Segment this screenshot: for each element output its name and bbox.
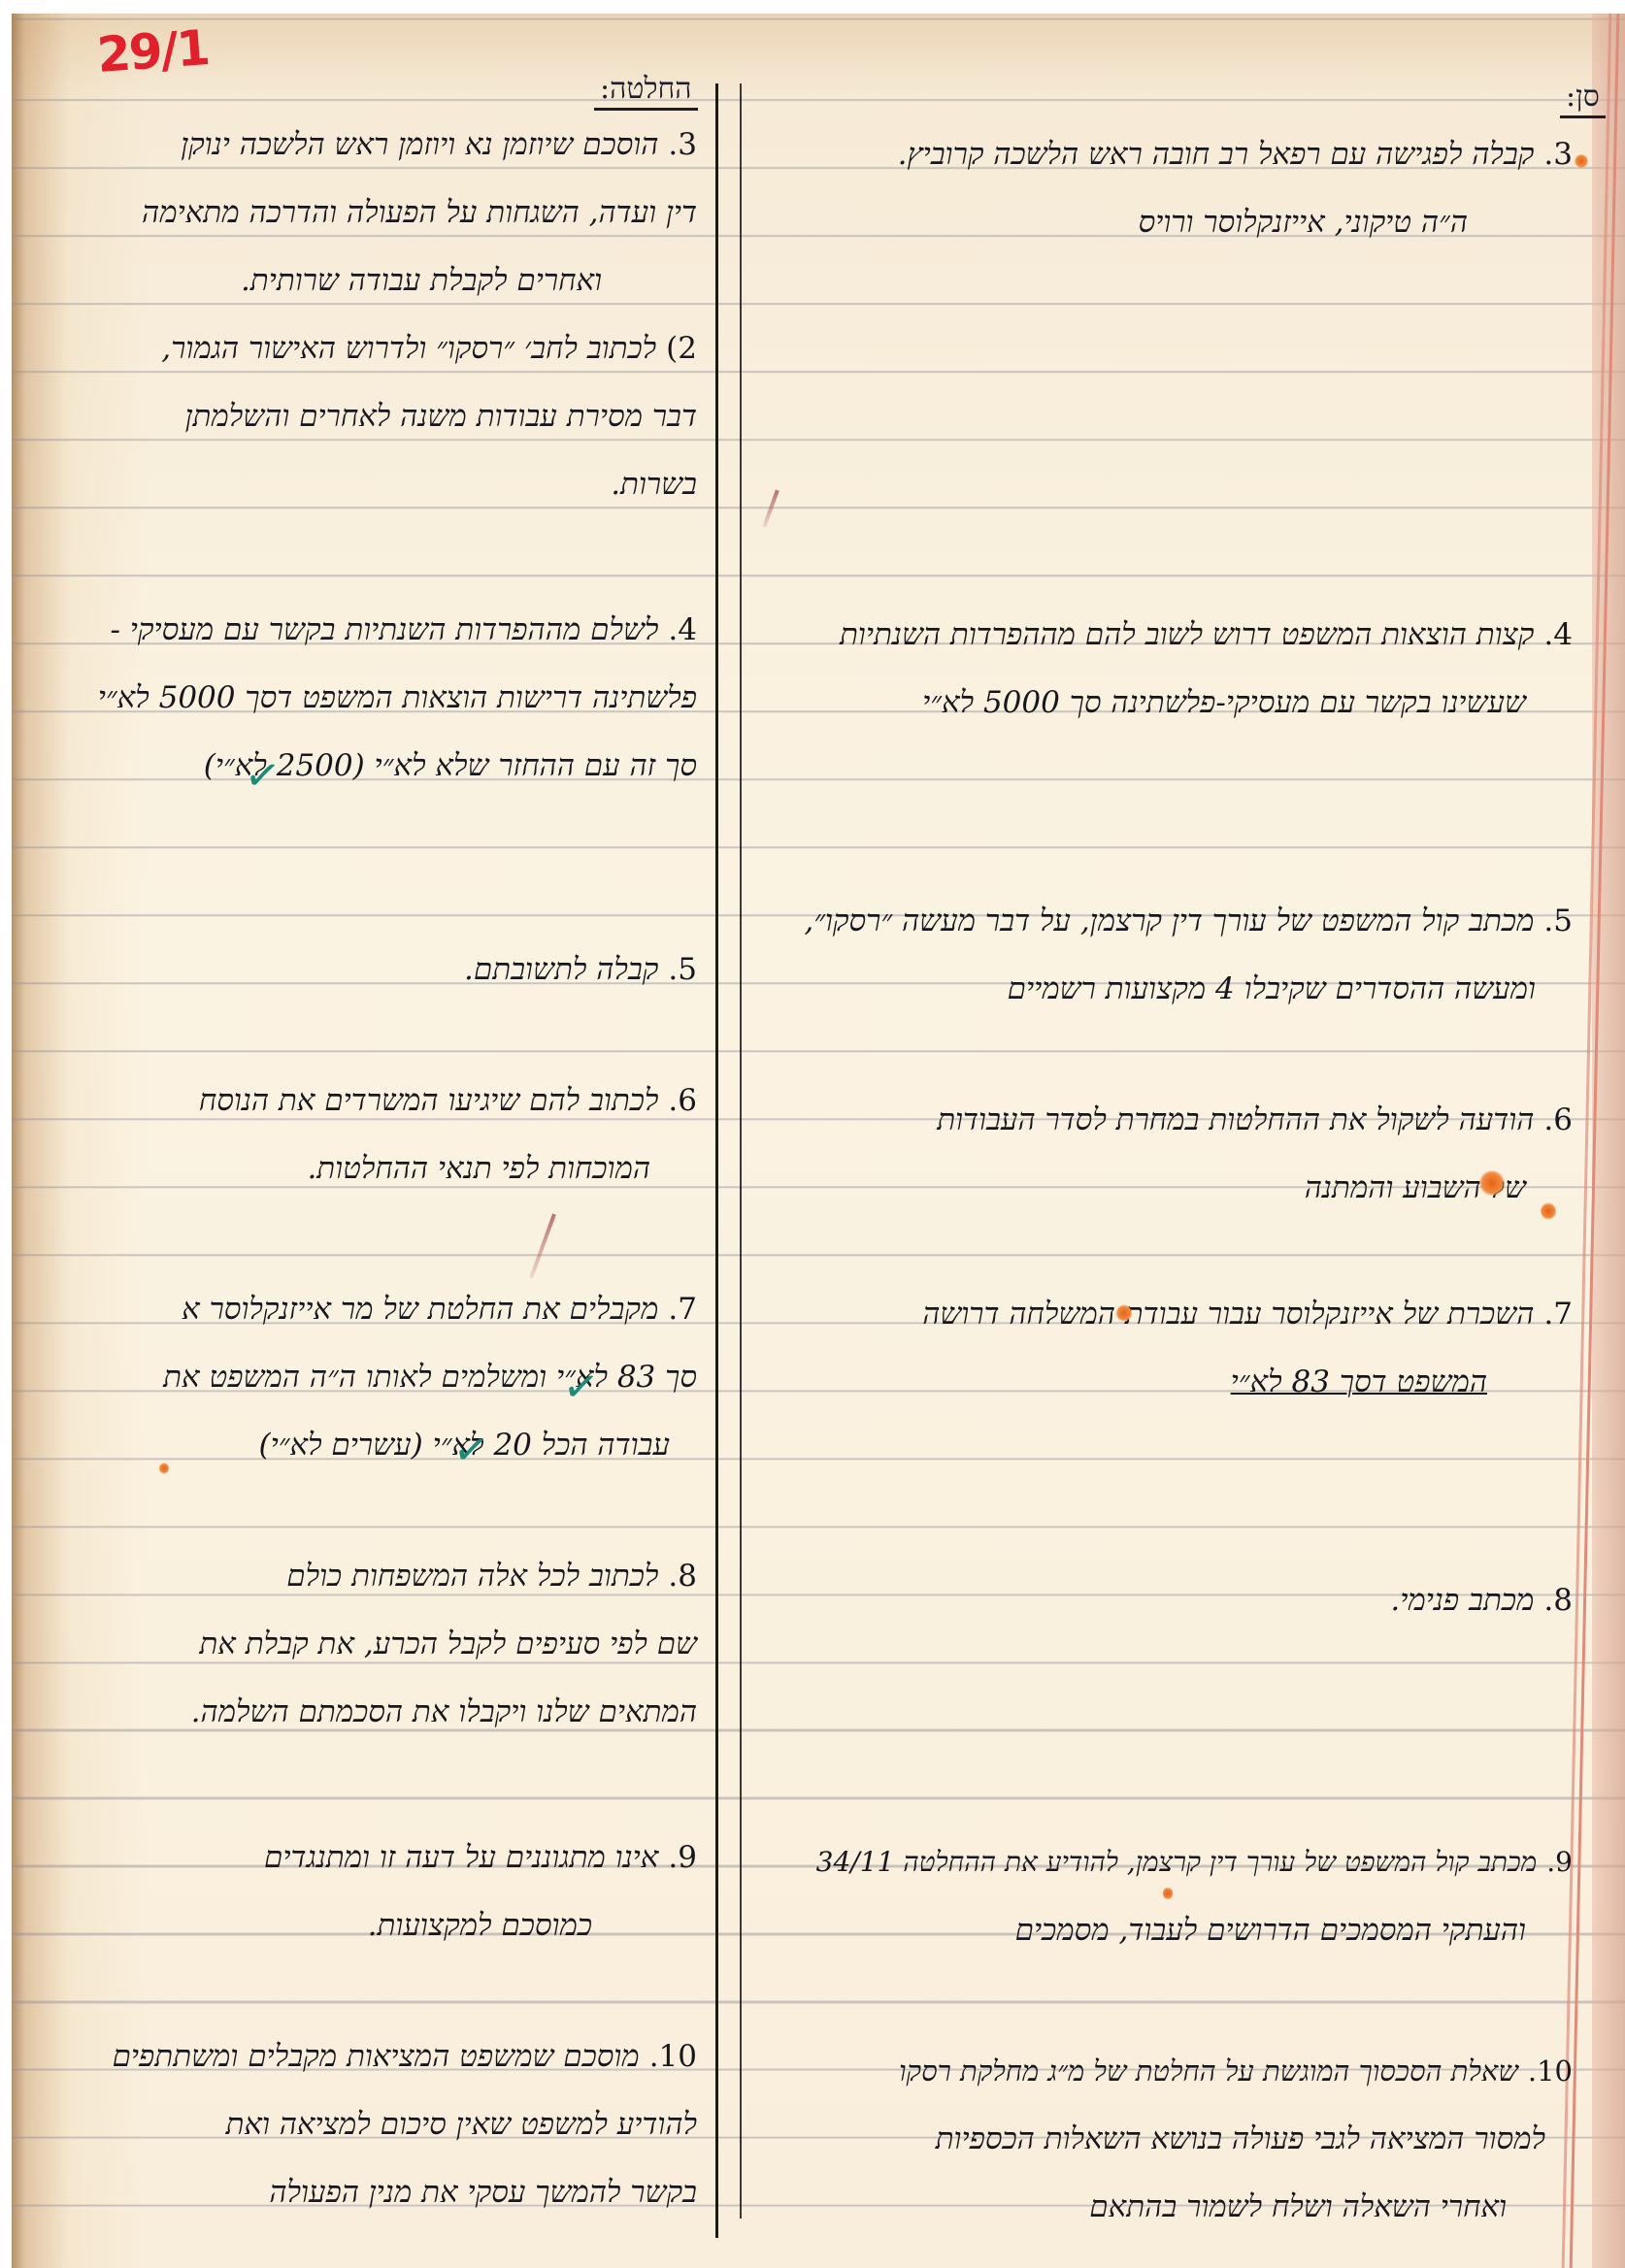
column-divider [715, 83, 718, 2238]
topic-entry-6: 6.הודעה לשקול את ההחלטות במחרת לסדר העבו… [749, 1086, 1584, 1222]
topic-entry-4: 4.קצות הוצאות המשפט דרוש לשוב להם מההפרד… [749, 601, 1584, 737]
topic-entry-5: 5.מכתב קול המשפט של עורך דין קרצמן, על ד… [749, 887, 1584, 1023]
ink-stain [1575, 154, 1588, 168]
decision-entry-4: 4.לשלם מההפרדות השנתיות בקשר עם מעסיקי -… [60, 596, 709, 800]
notebook-page: 29/1 החלטה: סן: 3.קבלה לפגישה עם רפאל רב… [12, 14, 1625, 2268]
decision-entry-5: 5.קבלה לתשובתם. [60, 936, 709, 1003]
decision-entry-8: 8.לכתוב לכל אלה המשפחות כולם שם לפי סעיפ… [60, 1542, 709, 1746]
decision-column-header: החלטה: [594, 72, 698, 111]
page-number: 29/1 [95, 19, 210, 83]
ink-stain [1116, 1304, 1132, 1322]
page-right-edge [1592, 14, 1625, 2268]
check-mark-icon: ✓ [560, 1361, 603, 1415]
ink-stain [159, 1463, 169, 1474]
ink-stain [1163, 1887, 1173, 1900]
topic-entry-8: 8.מכתב פנימי. [749, 1566, 1584, 1634]
ink-stain [1479, 1170, 1505, 1196]
ink-stain [1541, 1202, 1556, 1220]
topic-column-header: סן: [1560, 80, 1606, 118]
topic-entry-7: 7.השכרת של אייזנקלוסר עבור עבודת המשלחה … [749, 1280, 1584, 1416]
decision-entry-9: 9.אינו מתגוננים על דעה זו ומתנגדים כמוסכ… [60, 1824, 709, 1959]
decision-entry-7: 7.מקבלים את החלטת של מר אייזנקלוסר א סך … [60, 1275, 709, 1479]
topic-entry-3: 3.קבלה לפגישה עם רפאל רב חובה ראש הלשכה … [749, 120, 1584, 256]
topic-entry-10: 10.שאלת הסכסוך המוגשת על החלטת של מ״ג מח… [749, 2037, 1584, 2241]
decision-entry-10: 10.מוסכם שמשפט המציאות מקבלים ומשתתפים ל… [60, 2022, 709, 2226]
check-mark-icon: ✓ [450, 1424, 493, 1478]
check-mark-icon: ✓ [242, 749, 284, 804]
decision-entry-6: 6.לכתוב להם שיגיעו המשרדים את הנוסח המוכ… [60, 1067, 709, 1202]
column-divider-secondary [740, 83, 742, 2219]
decision-entry-3b: 2)לכתוב לחב׳ ״רסקו״ ולדרוש האישור הגמור,… [60, 314, 709, 518]
decision-entry-3: 3.הוסכם שיוזמן נא ויוזמן ראש הלשכה ינוקן… [60, 111, 709, 314]
